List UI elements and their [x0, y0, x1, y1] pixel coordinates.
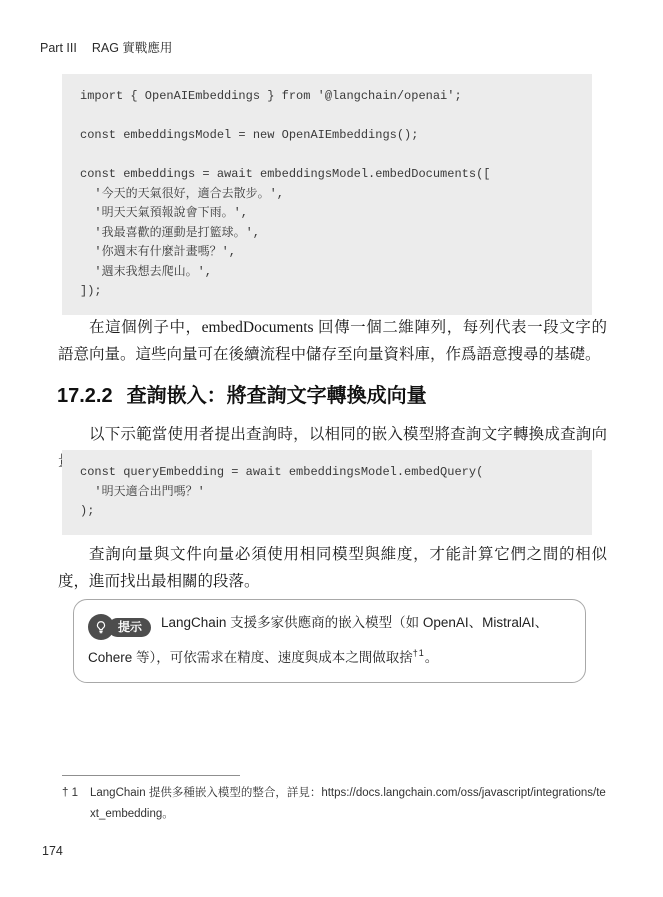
- code-line: );: [80, 502, 574, 522]
- code-line: const embeddings = await embeddingsModel…: [80, 165, 574, 185]
- tip-text: LangChain 支援多家供應商的嵌入模型（如 OpenAI、MistralA…: [88, 615, 548, 665]
- tip-text-suffix: 。: [425, 650, 439, 665]
- running-header-title: RAG 實戰應用: [92, 38, 173, 56]
- code-block-embed-query: const queryEmbedding = await embeddingsM…: [62, 450, 592, 535]
- footnote-text: LangChain 提供多種嵌入模型的整合，詳見：https://docs.la…: [90, 783, 607, 825]
- paragraph-embed-documents-explanation: 在這個例子中，embedDocuments 回傳一個二維陣列，每列代表一段文字的…: [58, 314, 607, 368]
- tip-badge: 提示: [88, 614, 151, 640]
- tip-callout-box: 提示 LangChain 支援多家供應商的嵌入模型（如 OpenAI、Mistr…: [73, 599, 586, 683]
- code-line: '今天的天氣很好，適合去散步。',: [80, 185, 574, 205]
- book-page: Part III RAG 實戰應用 import { OpenAIEmbeddi…: [0, 0, 663, 897]
- code-line: [80, 107, 574, 127]
- code-line: ]);: [80, 282, 574, 302]
- code-line: import { OpenAIEmbeddings } from '@langc…: [80, 87, 574, 107]
- footnote-separator: [62, 775, 240, 776]
- code-line: [80, 146, 574, 166]
- tip-footnote-reference: †1: [413, 648, 425, 658]
- code-line: '明天適合出門嗎？': [80, 483, 574, 503]
- section-number: 17.2.2: [57, 385, 113, 408]
- section-title: 查詢嵌入：將查詢文字轉換成向量: [127, 379, 427, 408]
- running-header: Part III RAG 實戰應用: [40, 38, 172, 56]
- footnote: † 1 LangChain 提供多種嵌入模型的整合，詳見：https://doc…: [62, 783, 607, 825]
- section-heading: 17.2.2 查詢嵌入：將查詢文字轉換成向量: [57, 379, 427, 408]
- code-line: '明天天氣預報說會下雨。',: [80, 204, 574, 224]
- footnote-text-lead: LangChain 提供多種嵌入模型的整合，詳見：: [90, 787, 321, 799]
- code-block-embed-documents: import { OpenAIEmbeddings } from '@langc…: [62, 74, 592, 315]
- paragraph-similarity-explanation: 查詢向量與文件向量必須使用相同模型與維度，才能計算它們之間的相似度，進而找出最相…: [58, 541, 607, 595]
- page-number: 174: [42, 844, 63, 858]
- footnote-marker: † 1: [62, 783, 90, 825]
- code-line: '你週末有什麼計畫嗎？',: [80, 243, 574, 263]
- code-line: const queryEmbedding = await embeddingsM…: [80, 463, 574, 483]
- lightbulb-icon: [88, 614, 114, 640]
- tip-badge-label: 提示: [108, 618, 151, 637]
- code-line: '週末我想去爬山。',: [80, 263, 574, 283]
- code-line: const embeddingsModel = new OpenAIEmbedd…: [80, 126, 574, 146]
- running-header-part: Part III: [40, 41, 77, 55]
- footnote-text-suffix: 。: [162, 808, 174, 820]
- code-line: '我最喜歡的運動是打籃球。',: [80, 224, 574, 244]
